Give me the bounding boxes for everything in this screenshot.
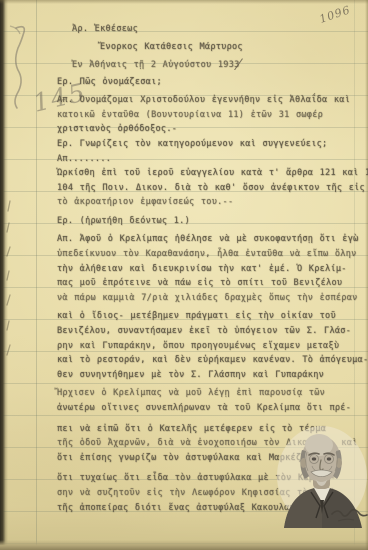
typed-line: πας μοῦ ἐπρότεινε νὰ πάω εἰς τὸ σπίτι το… — [57, 276, 357, 291]
scan-edge-top — [0, 0, 368, 4]
typed-line: ὑπεδείκνυον τὸν Καραθανάσην, ἦλθα ἐνταῦθ… — [57, 247, 357, 262]
typed-line: Απ. Ἀφοῦ ὁ Κρελίμπας ἠθέλησε νὰ μὲ συκοφ… — [57, 232, 357, 247]
typed-line: καὶ ὁ ἴδιος- μετέβημεν πράγματι εἰς τὴν … — [57, 309, 357, 324]
typed-line: χριστιανὸς ὀρθόδοξος.- — [57, 122, 357, 137]
typed-line: Ἔνορκος Κατάθεσις Μάρτυρος — [100, 40, 357, 55]
typed-line: Απ. Ὀνομάζομαι Χριστοδούλου ἐγεννήθην εἰ… — [57, 93, 357, 108]
typed-line: τὸ ἀκροατήριον ἐμφανίσεώς του.-- — [57, 195, 357, 210]
typed-line: Ερ. (ἠρωτήθη δεόντως 1.) — [57, 214, 357, 229]
typed-line: ὅτι ἐπίσης γνωρίζω τὸν ἀστυφύλακα καὶ Μα… — [57, 451, 357, 466]
typed-line: Βενιζέλου, συναντήσαμεν ἐκεῖ τὸ ὑπόγειον… — [57, 324, 357, 339]
typed-line: Ὡρκίσθη ἐπὶ τοῦ ἱεροῦ εὐαγγελίου κατὰ τ'… — [57, 166, 357, 181]
typed-line: 104 τῆς Ποιν. Δικον. διὰ τὸ καθ' ὅσον ἀν… — [57, 181, 357, 196]
typed-line: Ἤρχισεν ὁ Κρελίμπας νὰ μοῦ λέγῃ ἐπὶ παρο… — [57, 386, 357, 401]
typed-line: σην νὰ συζητοῦν εἰς τὴν Λεωφόρον Κηφισσί… — [57, 486, 357, 501]
typed-line: Ερ. Γνωρίζεις τὸν κατηγορούμενον καὶ συγ… — [57, 137, 357, 152]
typed-line: θεν συνηντήθημεν μὲ τὸν Σ. Γλάσπην καὶ Γ… — [57, 368, 357, 383]
typed-line: νὰ πάρω καμμιὰ 7/ριὰ χιλιάδες δραχμὲς ὅπ… — [57, 291, 357, 306]
typed-line: ἀνωτέρω οἵτινες συνεπλήρωναν τὰ τοῦ Κρελ… — [57, 401, 357, 416]
document-page: 1096 145 ∕ Ἀρ. ἘκθέσεωςἜνορκος Κατάθεσις… — [0, 0, 368, 550]
typed-line: Ἐν Ἀθήναις τῇ 2 Αὐγούστου 1933 — [72, 58, 357, 73]
typed-line: κατοικῶ ἐνταῦθα (Βουντουρίαινα 11) ἐτῶν … — [57, 108, 357, 123]
typed-line: πει νὰ εἰπῶ ὅτι ὁ Κατελῆς μετέφερεν εἰς … — [57, 422, 357, 437]
typed-line: ὅτι τυχαίως ὅτι εἶδα τὸν ἀστυφύλακα μὲ τ… — [57, 471, 357, 486]
typed-line: τῆς ὁδοῦ Ἀχαρνῶν, διὰ νὰ ἐνοχοποιήσω τὸν… — [57, 436, 357, 451]
typed-line: ρην καὶ Γυπαράκην, ὅπου προηγουμένως εἴχ… — [57, 339, 357, 354]
typed-line: Ερ. Πῶς ὀνομάζεσαι; — [57, 75, 357, 90]
typed-line: τῆς ἀποπείρας διότι ἕνας ἀστυφύλαξ Κακου… — [57, 501, 357, 516]
typed-lines: Ἀρ. ἘκθέσεωςἜνορκος Κατάθεσις ΜάρτυροςἘν… — [57, 22, 357, 515]
margin-tick-marks — [2, 195, 18, 365]
typed-line: καὶ τὸ ρεστοράν, καὶ δὲν εὑρήκαμεν κανέν… — [57, 353, 357, 368]
typed-line: Ἀρ. Ἐκθέσεως — [72, 22, 357, 37]
scan-edge-bottom — [0, 540, 368, 550]
typed-line: τὴν ἀλήθειαν καὶ διευκρινίσω τὴν κατ' ἐμ… — [57, 262, 357, 277]
typed-line: Απ........ — [57, 152, 357, 167]
